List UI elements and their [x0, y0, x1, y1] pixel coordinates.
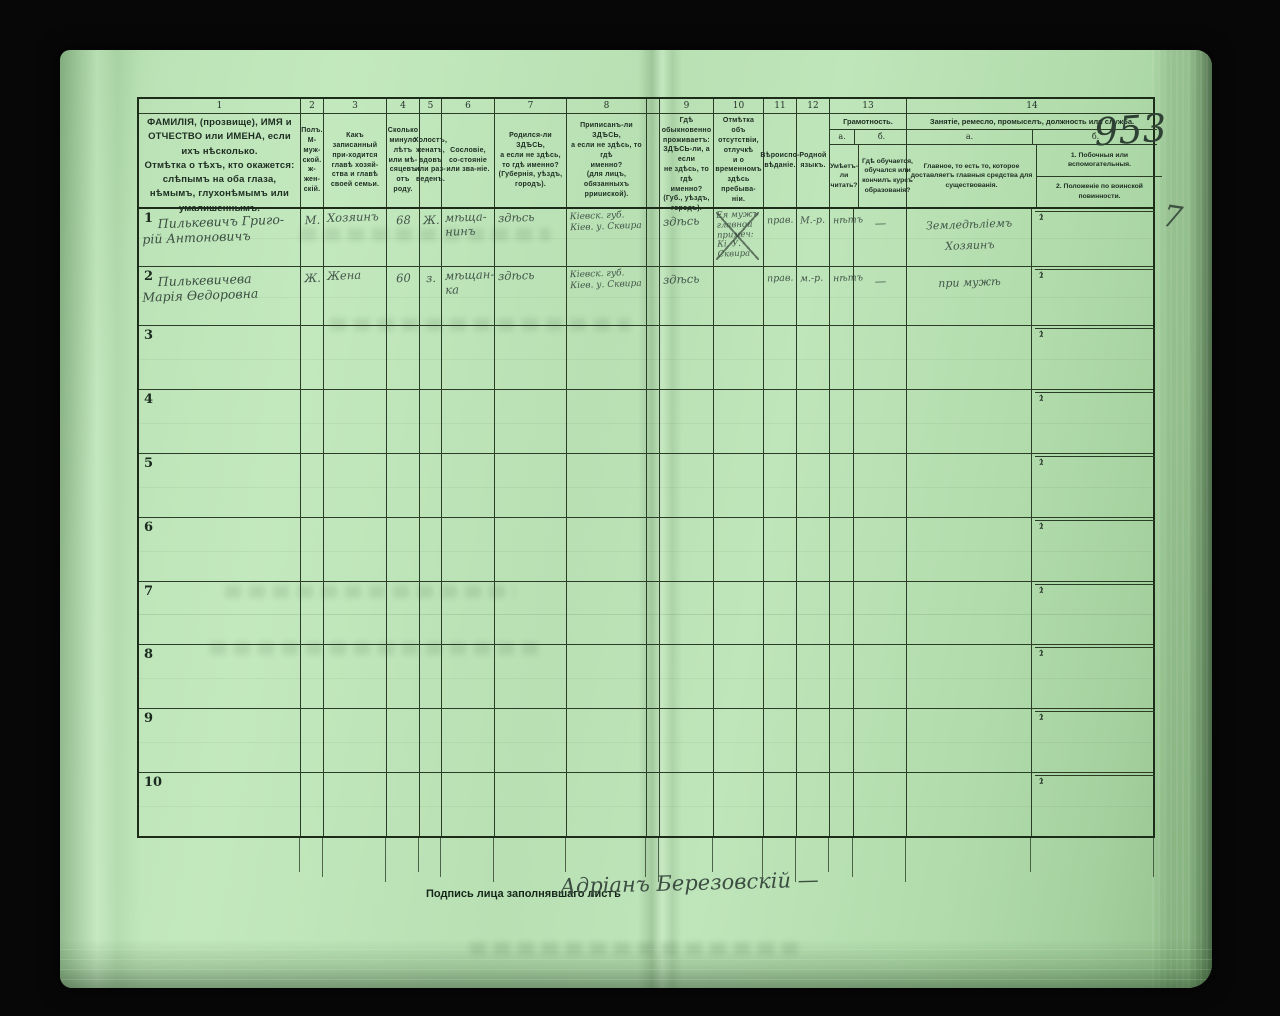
subcell-number: 2 — [1039, 777, 1044, 786]
table-line-extension — [645, 838, 646, 877]
handwritten-value: здѣсь — [663, 272, 711, 287]
column-header-name: 1 ФАМИЛІЯ, (прозвище), ИМЯ и ОТЧЕСТВО ил… — [139, 99, 301, 207]
handwritten-value — [445, 327, 492, 329]
cell-school — [854, 518, 907, 581]
cell-school — [854, 582, 907, 645]
column-header-religion: 11 Вѣроиспо- вѣданіе. — [764, 99, 797, 207]
cell-estate — [442, 773, 495, 836]
cell-relation — [324, 326, 387, 389]
handwritten-value — [857, 716, 904, 718]
table-line-extension — [1030, 838, 1031, 872]
column-number: 1 — [139, 99, 300, 114]
handwritten-value: 60 — [390, 272, 417, 287]
handwritten-value — [663, 587, 711, 589]
handwritten-value: — — [857, 274, 904, 289]
cell-resides — [660, 390, 714, 453]
handwritten-value — [767, 395, 794, 396]
column-number: 3 — [324, 99, 386, 114]
handwritten-value — [390, 714, 417, 715]
handwritten-value — [304, 778, 321, 779]
cell-occupation — [907, 390, 1032, 453]
column-header-birthplace: 7 Родился-ли ЗДѢСЬ, а если не здѣсь, то … — [495, 99, 567, 207]
handwritten-value: здѣсь — [498, 210, 564, 226]
cell-estate: мѣща- нинъ — [442, 209, 495, 266]
cell-sex: М. — [301, 209, 324, 266]
cell-language — [797, 709, 830, 772]
cell-name: 8 — [139, 645, 301, 708]
cell-side-occupations: 12 — [1032, 209, 1157, 266]
handwritten-value — [498, 391, 564, 393]
cell-marital — [420, 390, 442, 453]
handwritten-value — [445, 455, 492, 457]
cell-estate — [442, 518, 495, 581]
cell-relation — [324, 773, 387, 836]
cell-registered — [567, 773, 647, 836]
side-occupation-subcell: 1 — [1035, 711, 1155, 712]
handwritten-value — [833, 587, 851, 588]
cell-reads — [830, 773, 854, 836]
cell-reads — [830, 454, 854, 517]
cell-occupation — [907, 454, 1032, 517]
cell-name: 7 — [139, 582, 301, 645]
handwritten-name — [142, 520, 298, 525]
column-number: 2 — [301, 99, 323, 114]
handwritten-value — [570, 710, 644, 713]
cell-born — [495, 390, 567, 453]
column-header-text: Вѣроиспо- вѣданіе. — [764, 114, 796, 207]
cell-registered — [567, 390, 647, 453]
cell-side-occupations: 12 — [1032, 645, 1157, 708]
handwritten-value — [390, 650, 417, 651]
cell-relation — [324, 582, 387, 645]
handwritten-value — [304, 522, 321, 523]
subcolumn-a-label: а. — [830, 130, 855, 144]
cell-note — [714, 582, 764, 645]
cell-age — [387, 773, 420, 836]
handwritten-value — [717, 391, 761, 393]
column-number: 7 — [495, 99, 566, 114]
cell-side-occupations: 12 — [1032, 267, 1157, 325]
cell-born — [495, 326, 567, 389]
cell-sex: Ж. — [301, 267, 324, 325]
handwritten-value — [327, 519, 384, 521]
handwritten-value — [304, 650, 321, 651]
cell-reads — [830, 326, 854, 389]
table-row: 312 — [139, 326, 1153, 390]
handwritten-name — [142, 712, 298, 717]
column-header-text: Какъ записанный при-ходится главѣ хозяй-… — [324, 114, 386, 207]
cell-reads: нѣтъ — [830, 267, 854, 325]
cell-note — [714, 518, 764, 581]
cell-religion — [764, 582, 797, 645]
row-number: 5 — [144, 456, 153, 471]
row-number: 10 — [144, 775, 162, 790]
handwritten-value — [423, 650, 439, 651]
handwritten-value — [327, 583, 384, 585]
page-fold-column — [647, 99, 660, 207]
cell-reads: нѣтъ — [830, 209, 854, 266]
handwritten-folio-number: 953 — [1093, 106, 1168, 155]
handwritten-value — [833, 396, 851, 397]
handwritten-value — [570, 454, 644, 457]
handwritten-value — [767, 523, 794, 524]
cell-sex — [301, 709, 324, 772]
table-row: 512 — [139, 454, 1153, 518]
cell-side-occupations: 12 — [1032, 518, 1157, 581]
handwritten-value — [717, 647, 761, 649]
column-header-absence-note: 10 Отмѣтка объ отсутствіи, отлучкѣ и о в… — [714, 99, 764, 207]
table-line-extension — [1153, 838, 1154, 877]
cell-resides — [660, 518, 714, 581]
handwritten-value — [767, 779, 794, 780]
cell-age: 68 — [387, 209, 420, 266]
subcolumn-a-label: а. — [907, 130, 1033, 144]
handwritten-value — [717, 519, 761, 521]
cell-sex — [301, 390, 324, 453]
handwritten-value — [910, 713, 1029, 717]
table-row: 612 — [139, 518, 1153, 582]
cell-marital — [420, 773, 442, 836]
cell-sex — [301, 454, 324, 517]
handwritten-value — [717, 268, 761, 270]
column-header-text: Родился-ли ЗДѢСЬ, а если не здѣсь, то гд… — [495, 114, 566, 207]
cell-sex — [301, 518, 324, 581]
cell-note — [714, 267, 764, 325]
handwritten-name — [142, 775, 298, 780]
subcell-number: 2 — [1039, 271, 1044, 280]
handwritten-value — [1035, 326, 1155, 330]
cell-sex — [301, 326, 324, 389]
handwritten-value — [663, 523, 711, 525]
handwritten-value: Жена — [327, 268, 384, 284]
cell-registered — [567, 645, 647, 708]
column-number: 5 — [420, 99, 441, 114]
cell-reads — [830, 582, 854, 645]
census-table: 1 ФАМИЛІЯ, (прозвище), ИМЯ и ОТЧЕСТВО ил… — [137, 97, 1155, 838]
cell-occupation: при мужѣ — [907, 267, 1032, 325]
handwritten-name: Пилькевичъ Григо- рій Антоновичъ — [142, 211, 299, 246]
cell-resides — [660, 582, 714, 645]
cell-language: м.-р. — [797, 267, 830, 325]
handwritten-value — [910, 330, 1029, 334]
handwritten-value — [857, 397, 904, 399]
handwritten-value — [327, 455, 384, 457]
handwritten-value — [833, 459, 851, 460]
handwritten-value — [800, 715, 827, 716]
cell-occupation — [907, 582, 1032, 645]
cell-side-occupations: 12 — [1032, 326, 1157, 389]
cell-language: М.-р. — [797, 209, 830, 266]
cell-registered — [567, 326, 647, 389]
handwritten-value — [800, 459, 827, 460]
cell-reads — [830, 645, 854, 708]
cell-side-occupations: 12 — [1032, 582, 1157, 645]
page-fold-cell — [647, 582, 660, 645]
cell-language — [797, 645, 830, 708]
cell-age — [387, 454, 420, 517]
handwritten-value — [390, 522, 417, 523]
cell-age: 60 — [387, 267, 420, 325]
page-fold-cell — [647, 518, 660, 581]
handwritten-value — [498, 518, 564, 520]
handwritten-value — [717, 710, 761, 712]
page-fold-cell — [647, 326, 660, 389]
handwritten-value: М. — [304, 214, 321, 228]
handwritten-value — [1035, 581, 1155, 585]
handwritten-value — [1035, 209, 1155, 213]
cell-religion — [764, 645, 797, 708]
handwritten-value — [800, 395, 827, 396]
handwritten-value — [857, 653, 904, 655]
column-header-literacy: 13 Грамотность. а. б. Умѣетъ- ли читать?… — [830, 99, 907, 207]
cell-resides — [660, 709, 714, 772]
table-row: 812 — [139, 645, 1153, 709]
cell-born — [495, 773, 567, 836]
table-line-extension — [565, 838, 566, 872]
cell-reads — [830, 709, 854, 772]
page-fold-cell — [647, 773, 660, 836]
handwritten-value — [304, 458, 321, 459]
cell-occupation: Земледѣліемъ Хозяинъ — [907, 209, 1032, 266]
cell-occupation — [907, 709, 1032, 772]
column-header-text: Гдѣ обыкновенно проживаетъ: ЗДѢСЬ-ли, а … — [660, 114, 713, 216]
column-header-text: Родной языкъ. — [797, 114, 829, 207]
handwritten-value — [800, 587, 827, 588]
cell-born — [495, 518, 567, 581]
page-fold-cell — [647, 709, 660, 772]
cell-religion — [764, 390, 797, 453]
side-occupation-subcell: 1 — [1035, 392, 1155, 393]
handwritten-value — [663, 651, 711, 653]
table-line-extension — [712, 838, 713, 872]
handwritten-name — [142, 456, 298, 461]
handwritten-value — [498, 646, 564, 648]
handwritten-value — [390, 458, 417, 459]
handwritten-value: — — [857, 216, 904, 231]
column-header-estate: 6 Сословіе, со-стояніе или зва-ніе. — [442, 99, 495, 207]
handwritten-value — [910, 585, 1029, 589]
column-header-text: Главное, то есть то, которое доставляетъ… — [907, 145, 1037, 207]
census-book-scan: 1 ФАМИЛІЯ, (прозвище), ИМЯ и ОТЧЕСТВО ил… — [0, 0, 1280, 1016]
cell-registered — [567, 709, 647, 772]
cell-marital — [420, 326, 442, 389]
handwritten-value: нѣтъ — [833, 273, 851, 285]
cell-language — [797, 582, 830, 645]
cell-religion: прав. — [764, 209, 797, 266]
cell-side-occupations: 12 — [1032, 454, 1157, 517]
table-row: 1012 — [139, 773, 1153, 836]
side-occupation-subcell: 1 — [1035, 647, 1155, 648]
handwritten-value — [423, 395, 439, 396]
table-header: 1 ФАМИЛІЯ, (прозвище), ИМЯ и ОТЧЕСТВО ил… — [139, 99, 1153, 209]
handwritten-value — [717, 583, 761, 585]
handwritten-value — [570, 646, 644, 649]
cell-resides — [660, 773, 714, 836]
handwritten-value — [1035, 518, 1155, 522]
handwritten-value — [663, 331, 711, 333]
handwritten-value — [910, 458, 1029, 462]
cell-relation: Хозяинъ — [324, 209, 387, 266]
handwritten-value — [570, 774, 644, 777]
column-header-residence: 9 Гдѣ обыкновенно проживаетъ: ЗДѢСЬ-ли, … — [660, 99, 714, 207]
cell-age — [387, 709, 420, 772]
handwritten-value — [910, 394, 1029, 398]
cell-born — [495, 645, 567, 708]
left-crease-shading — [60, 50, 142, 988]
table-line-extension — [322, 838, 323, 877]
column-group-title: Грамотность. — [830, 114, 906, 130]
handwritten-value — [717, 455, 761, 457]
cell-resides — [660, 454, 714, 517]
handwritten-value — [445, 391, 492, 393]
cell-occupation — [907, 326, 1032, 389]
handwritten-value: м.-р. — [800, 273, 827, 285]
column-number: 8 — [567, 99, 646, 114]
table-line-extension — [440, 838, 441, 877]
cell-school — [854, 709, 907, 772]
cell-occupation — [907, 773, 1032, 836]
subcell-number: 2 — [1039, 330, 1044, 339]
table-line-extension — [299, 838, 300, 872]
handwritten-value — [833, 332, 851, 333]
cell-marital — [420, 454, 442, 517]
handwritten-value: Ж. — [423, 214, 439, 228]
handwritten-value — [445, 710, 492, 712]
handwritten-value — [767, 715, 794, 716]
handwritten-value — [857, 525, 904, 527]
cell-occupation — [907, 518, 1032, 581]
cell-note — [714, 645, 764, 708]
handwritten-value: Земледѣліемъ Хозяинъ — [909, 213, 1029, 259]
handwritten-value — [857, 333, 904, 335]
cell-name: 10 — [139, 773, 301, 836]
handwritten-value — [717, 774, 761, 776]
cell-relation — [324, 390, 387, 453]
row-number: 6 — [144, 520, 153, 535]
column-number: 10 — [714, 99, 763, 114]
handwritten-value — [423, 331, 439, 332]
handwritten-value — [390, 586, 417, 587]
handwritten-value — [327, 646, 384, 648]
column-header-text: Сословіе, со-стояніе или зва-ніе. — [442, 114, 494, 207]
cell-note: Ея мужъ главной примеч: Кі. У. Сквира — [714, 209, 764, 266]
table-row: 412 — [139, 390, 1153, 454]
handwritten-value — [390, 394, 417, 395]
handwritten-name — [142, 392, 298, 397]
handwritten-value — [327, 710, 384, 712]
handwritten-value — [767, 459, 794, 460]
subcell-number: 2 — [1039, 458, 1044, 467]
cell-reads — [830, 518, 854, 581]
page-fold-cell — [647, 267, 660, 325]
handwritten-value: нѣтъ — [833, 215, 851, 227]
column-header-text: 2. Положеніе по воинской повинности. — [1037, 177, 1162, 208]
cell-name: 9 — [139, 709, 301, 772]
cell-marital: Ж. — [420, 209, 442, 266]
cell-born — [495, 454, 567, 517]
side-occupation-subcell: 1 — [1035, 456, 1155, 457]
handwritten-value — [327, 327, 384, 329]
table-row: 712 — [139, 582, 1153, 646]
cell-note — [714, 326, 764, 389]
handwritten-value — [570, 518, 644, 521]
cell-note — [714, 773, 764, 836]
handwritten-value — [663, 778, 711, 780]
handwritten-name: Пилькевичева Марія Ѳедоровна — [142, 269, 299, 304]
handwritten-value: Ея мужъ главной примеч: Кі. У. Сквира — [716, 210, 762, 260]
handwritten-value — [304, 714, 321, 715]
cell-estate — [442, 326, 495, 389]
handwritten-value: Кіевск. губ. Кіев. у. Сквира — [570, 210, 645, 234]
handwritten-value — [1035, 454, 1155, 458]
cell-school — [854, 645, 907, 708]
handwritten-value — [423, 522, 439, 523]
cell-estate — [442, 582, 495, 645]
page-fold-cell — [647, 390, 660, 453]
handwritten-value — [1035, 709, 1155, 713]
handwritten-value: 68 — [390, 214, 417, 229]
bleed-through-patch — [470, 942, 800, 955]
cell-estate — [442, 709, 495, 772]
handwritten-value — [767, 332, 794, 333]
handwritten-value — [498, 774, 564, 776]
handwritten-value — [327, 391, 384, 393]
subcell-number: 2 — [1039, 394, 1044, 403]
column-header-sex: 2 Полъ. М-муж- ской. ж-жен- скій. — [301, 99, 324, 207]
row-number: 7 — [144, 584, 153, 599]
handwritten-value — [1035, 267, 1155, 271]
handwritten-value — [1035, 390, 1155, 394]
cell-age — [387, 326, 420, 389]
handwritten-value — [570, 391, 644, 394]
handwritten-value — [445, 647, 492, 649]
column-header-text: Умѣетъ- ли читать? — [830, 145, 859, 207]
cell-side-occupations: 12 — [1032, 390, 1157, 453]
handwritten-value — [717, 327, 761, 329]
cell-religion: прав. — [764, 267, 797, 325]
cell-relation — [324, 454, 387, 517]
column-number — [647, 99, 659, 114]
cell-religion — [764, 518, 797, 581]
handwritten-value — [663, 714, 711, 716]
column-header-text: Холостъ, женатъ, вдовъ или раз- веденъ. — [420, 114, 441, 207]
handwritten-value: здѣсь — [498, 268, 564, 284]
cell-age — [387, 645, 420, 708]
side-occupation-subcell: 1 — [1035, 211, 1155, 212]
cell-marital — [420, 709, 442, 772]
cell-religion — [764, 326, 797, 389]
cell-side-occupations: 12 — [1032, 709, 1157, 772]
cell-estate: мѣщан- ка — [442, 267, 495, 325]
cell-religion — [764, 709, 797, 772]
handwritten-value: здѣсь — [663, 214, 711, 229]
column-header-text: Полъ. М-муж- ской. ж-жен- скій. — [301, 114, 323, 207]
cell-name: 5 — [139, 454, 301, 517]
table-body: 1Пилькевичъ Григо- рій АнтоновичъМ.Хозяи… — [139, 209, 1153, 836]
column-number: 13 — [830, 99, 906, 114]
cell-sex — [301, 582, 324, 645]
row-number: 3 — [144, 328, 153, 343]
cell-estate — [442, 645, 495, 708]
cell-occupation — [907, 645, 1032, 708]
cell-marital — [420, 582, 442, 645]
handwritten-name — [142, 648, 298, 653]
cell-language — [797, 773, 830, 836]
cell-school: — — [854, 267, 907, 325]
cell-sex — [301, 773, 324, 836]
handwritten-value — [910, 522, 1029, 526]
handwritten-value — [570, 327, 644, 330]
